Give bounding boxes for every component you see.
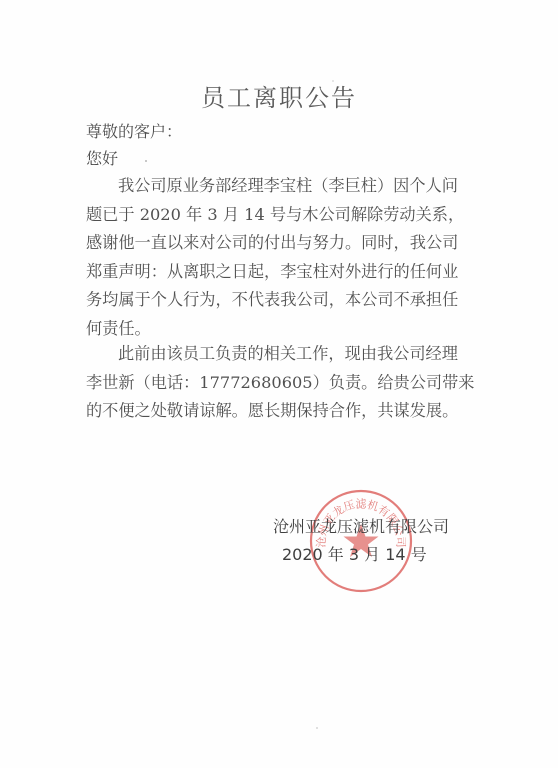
paragraph-handover-notice: 此前由该员工负责的相关工作，现由我公司经理 李世新（电话：17772680605… (86, 340, 470, 426)
paragraph-line: 题已于 2020 年 3 月 14 号与木公司解除劳动关系， (86, 201, 470, 230)
paragraph-line: 此前由该员工负责的相关工作，现由我公司经理 (86, 340, 470, 369)
scan-speck (145, 160, 147, 162)
signature-company: 沧州亚龙压滤机有限公司 (273, 514, 449, 537)
document-page: 员工离职公告 尊敬的客户： 您好 我公司原业务部经理李宝柱（李巨柱）因个人问 题… (0, 0, 558, 768)
document-title: 员工离职公告 (0, 78, 558, 113)
salutation: 尊敬的客户： (86, 119, 182, 142)
paragraph-line: 务均属于个人行为，不代表我公司，本公司不承担任 (86, 286, 470, 315)
scan-speck (316, 727, 318, 729)
paragraph-line: 何责任。 (86, 315, 470, 344)
greeting: 您好 (86, 146, 118, 169)
paragraph-line: 的不便之处敬请谅解。愿长期保持合作，共谋发展。 (86, 397, 470, 426)
paragraph-line: 郑重声明：从离职之日起，李宝柱对外进行的任何业 (86, 258, 470, 287)
paragraph-line: 李世新（电话：17772680605）负责。给贵公司带来 (86, 369, 470, 398)
paragraph-line: 我公司原业务部经理李宝柱（李巨柱）因个人问 (86, 172, 470, 201)
paragraph-departure-notice: 我公司原业务部经理李宝柱（李巨柱）因个人问 题已于 2020 年 3 月 14 … (86, 172, 470, 343)
paragraph-line: 感谢他一直以来对公司的付出与努力。同时，我公司 (86, 229, 470, 258)
scan-speck (332, 80, 334, 82)
company-seal-stamp: 沧州亚龙压滤机有限公司 (306, 486, 416, 596)
signature-date: 2020 年 3 月 14 号 (282, 542, 427, 565)
